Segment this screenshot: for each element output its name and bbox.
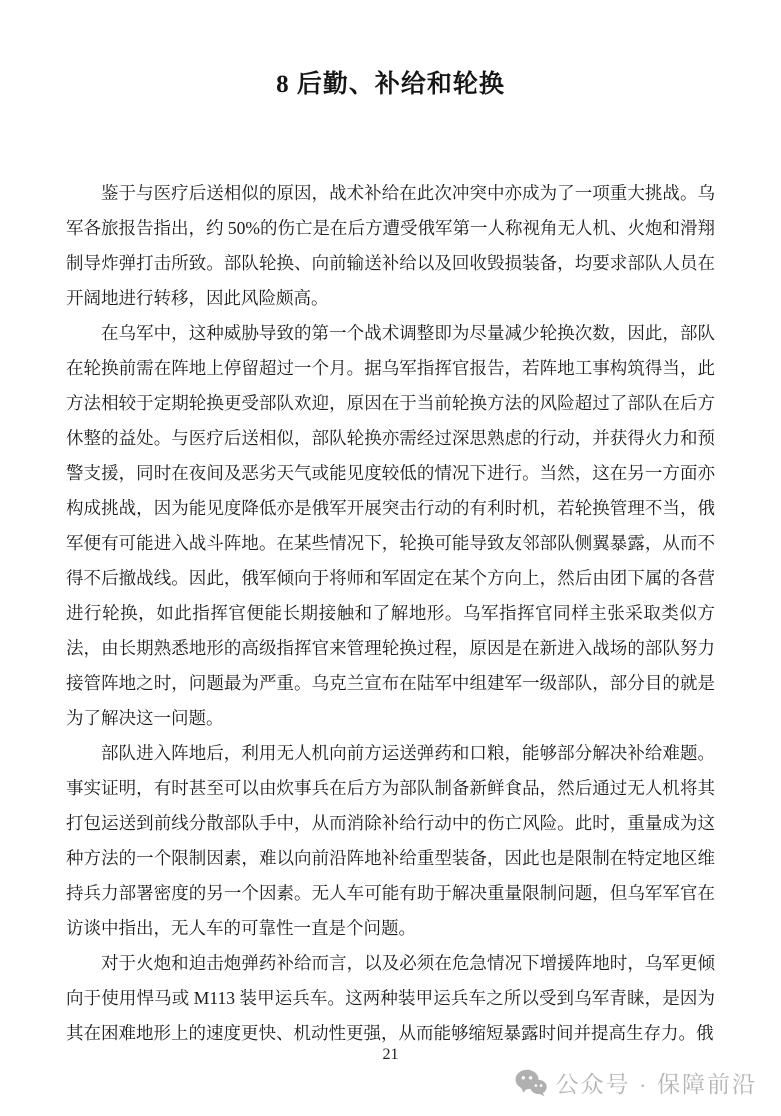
wechat-icon — [515, 1069, 547, 1097]
paragraph-1: 鉴于与医疗后送相似的原因，战术补给在此次冲突中亦成为了一项重大挑战。乌军各旅报告… — [66, 176, 715, 316]
page-number: 21 — [0, 1046, 781, 1064]
document-body: 鉴于与医疗后送相似的原因，战术补给在此次冲突中亦成为了一项重大挑战。乌军各旅报告… — [66, 176, 715, 1051]
paragraph-4: 对于火炮和迫击炮弹药补给而言，以及必须在危急情况下增援阵地时，乌军更倾向于使用悍… — [66, 946, 715, 1051]
paragraph-3: 部队进入阵地后，利用无人机向前方运送弹药和口粮，能够部分解决补给难题。事实证明，… — [66, 736, 715, 946]
watermark-text: 公众号 · 保障前沿 — [556, 1066, 757, 1099]
watermark: 公众号 · 保障前沿 — [515, 1066, 757, 1099]
paragraph-2: 在乌军中，这种威胁导致的第一个战术调整即为尽量减少轮换次数，因此，部队在轮换前需… — [66, 316, 715, 736]
document-page: 8 后勤、补给和轮换 鉴于与医疗后送相似的原因，战术补给在此次冲突中亦成为了一项… — [0, 0, 781, 1116]
chapter-title: 8 后勤、补给和轮换 — [0, 0, 781, 100]
